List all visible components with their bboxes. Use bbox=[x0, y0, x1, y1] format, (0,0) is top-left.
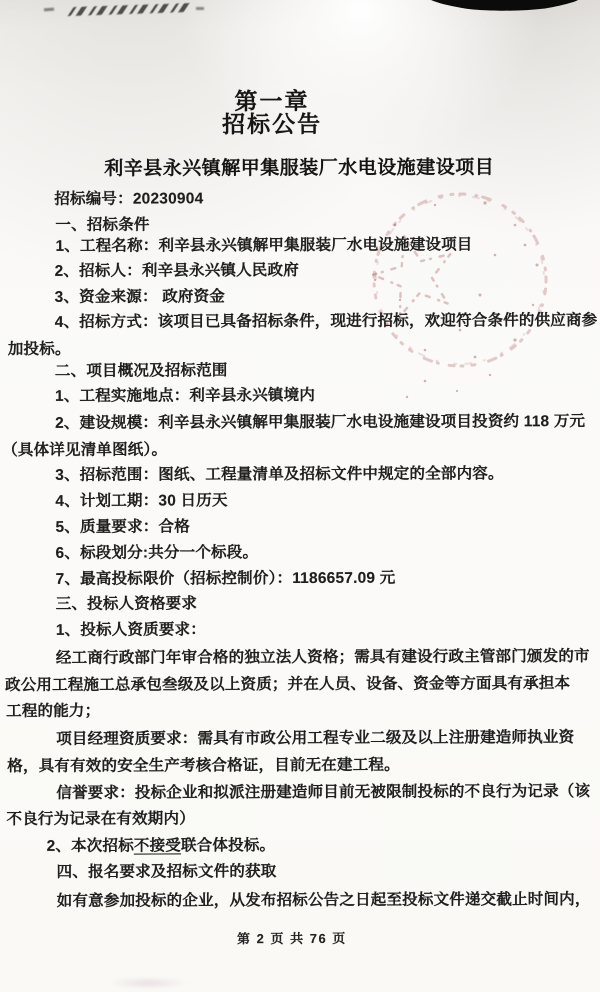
project-manager-para-line1: 项目经理资质要求：需具有市政公用工程专业二级及以上注册建造师执业资 bbox=[56, 725, 574, 749]
credit-requirement-line1: 信誉要求：投标企业和拟派注册建造师目前无被限制投标的不良行为记录（该 bbox=[56, 779, 590, 803]
section2-heading: 二、项目概况及招标范围 bbox=[55, 358, 228, 381]
no-consortium-clause: 2、本次招标不接受联合体投标。 bbox=[47, 833, 276, 856]
lot-division-item: 6、标段划分:共分一个标段。 bbox=[56, 540, 259, 563]
project-location-item: 1、工程实施地点：利辛县永兴镇境内 bbox=[55, 383, 315, 406]
project-manager-para-line2: 格，具有有效的安全生产考核合格证，目前无在建工程。 bbox=[7, 753, 400, 776]
qualification-para-line3: 工程的能力； bbox=[6, 699, 100, 721]
tender-method-line1: 4、招标方式：该项目已具备招标条件，现进行招标，欢迎符合条件的供应商参 bbox=[55, 308, 598, 332]
quality-requirement-item: 5、质量要求：合格 bbox=[55, 514, 189, 536]
funding-source-item: 3、资金来源： 政府资金 bbox=[55, 284, 225, 307]
registration-para: 如有意参加投标的企业，从发布招标公告之日起至投标文件递交截止时间内， bbox=[57, 887, 591, 911]
section3-heading: 三、投标人资格要求 bbox=[56, 591, 197, 613]
section1-heading: 一、招标条件 bbox=[55, 213, 149, 235]
tender-scope-item: 3、招标范围：图纸、工程量清单及招标文件中规定的全部内容。 bbox=[55, 461, 504, 485]
tender-method-line2: 加投标。 bbox=[8, 337, 71, 359]
clause-suffix: 联合体投标。 bbox=[181, 837, 275, 854]
construction-scale-line2: （具体详见清单图纸）。 bbox=[2, 437, 167, 460]
qualification-para-line2: 政公用工程施工总承包叁级及以上资质；并在人员、设备、资金等方面具有承担本 bbox=[5, 671, 570, 695]
section4-heading: 四、报名要求及招标文件的获取 bbox=[57, 859, 277, 882]
credit-requirement-line2: 不良行为记录在有效期内） bbox=[6, 806, 194, 829]
scanned-document-page: 第一章 招标公告 利辛县永兴镇解甲集服装厂水电设施建设项目 招标编号：20230… bbox=[0, 0, 600, 992]
tenderee-item: 2、招标人：利辛县永兴镇人民政府 bbox=[55, 258, 299, 281]
clause-underlined-text: 不接受 bbox=[134, 837, 181, 854]
page-number-footer: 第 2 页 共 76 页 bbox=[2, 927, 582, 948]
bidder-qualification-item: 1、投标人资质要求： bbox=[56, 617, 206, 640]
tender-number: 招标编号：20230904 bbox=[54, 186, 203, 209]
qualification-para-line1: 经工商行政部门年审合格的独立法人资格；需具有建设行政主管部门颁发的市 bbox=[56, 644, 590, 668]
max-bid-price-item: 7、最高投标限价（招标控制价）：1186657.09 元 bbox=[56, 566, 396, 589]
clause-prefix: 2、本次招标 bbox=[47, 838, 134, 855]
document-text-layer: 第一章 招标公告 利辛县永兴镇解甲集服装厂水电设施建设项目 招标编号：20230… bbox=[0, 0, 600, 992]
project-title: 利辛县永兴镇解甲集服装厂水电设施建设项目 bbox=[0, 152, 599, 181]
construction-scale-line1: 2、建设规模：利辛县永兴镇解甲集服装厂水电设施建设项目投资约 118 万元 bbox=[55, 409, 585, 433]
project-name-item: 1、工程名称：利辛县永兴镇解甲集服装厂水电设施建设项目 bbox=[55, 232, 472, 255]
chapter-subtitle: 招标公告 bbox=[0, 105, 545, 140]
planned-duration-item: 4、计划工期：30 日历天 bbox=[55, 488, 227, 511]
